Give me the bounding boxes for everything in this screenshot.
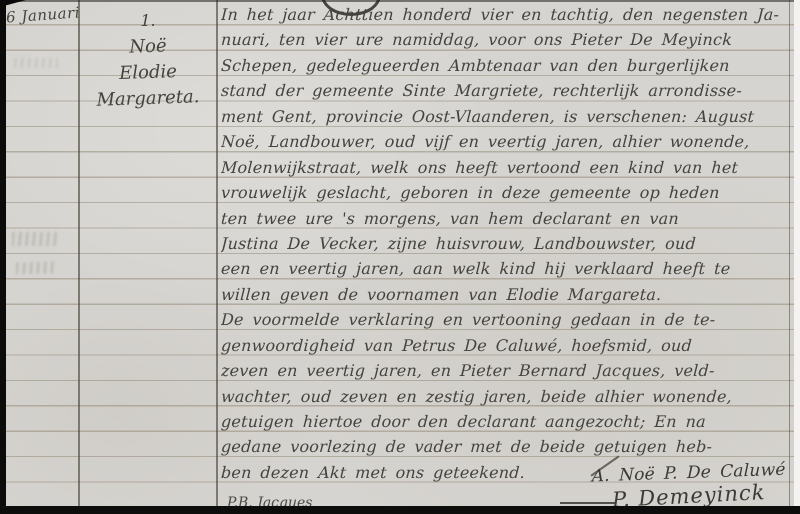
act-line: ment Gent, provincie Oost-Vlaanderen, is… bbox=[221, 104, 789, 129]
act-line: vrouwelijk geslacht, geboren in deze gem… bbox=[221, 180, 789, 205]
act-line: gedane voorlezing de vader met de beide … bbox=[221, 434, 789, 459]
scan-edge-right bbox=[794, 0, 800, 514]
ink-bleedthrough bbox=[14, 58, 58, 68]
act-number: 1. bbox=[80, 8, 216, 34]
scan-edge-bottom bbox=[0, 506, 800, 514]
act-line: getuigen hiertoe door den declarant aang… bbox=[221, 409, 789, 434]
act-body: In het jaar Achttien honderd vier en tac… bbox=[221, 2, 789, 488]
ink-bleedthrough bbox=[16, 261, 56, 274]
act-line-closing: ben dezen Akt met ons geteekend. bbox=[221, 460, 526, 485]
act-line: Schepen, gedelegueerden Ambtenaar van de… bbox=[221, 53, 789, 78]
act-line: Noë, Landbouwer, oud vijf en veertig jar… bbox=[221, 129, 789, 154]
child-middlename: Margareta. bbox=[80, 84, 217, 115]
act-line: genwoordigheid van Petrus De Caluwé, hoe… bbox=[221, 333, 789, 358]
scan-edge-left bbox=[0, 0, 6, 514]
scan-edge-top bbox=[0, 0, 800, 2]
signature-dash bbox=[560, 502, 616, 504]
act-line: Molenwijkstraat, welk ons heeft vertoond… bbox=[221, 155, 789, 180]
act-line: willen geven de voornamen van Elodie Mar… bbox=[221, 282, 789, 307]
act-line: een en veertig jaren, aan welk kind hij … bbox=[221, 256, 789, 281]
act-line: zeven en veertig jaren, en Pieter Bernar… bbox=[221, 358, 789, 383]
column-divider-name bbox=[216, 0, 218, 506]
act-line-last: ben dezen Akt met ons geteekend. A. Noë … bbox=[221, 460, 789, 485]
act-line: Justina De Vecker, zijne huisvrouw, Land… bbox=[221, 231, 789, 256]
page-right-margin-line bbox=[789, 0, 790, 506]
act-line: wachter, oud zeven en zestig jaren, beid… bbox=[221, 384, 789, 409]
name-column: 1. Noë Elodie Margareta. bbox=[80, 8, 216, 112]
act-line: ten twee ure 's morgens, van hem declara… bbox=[221, 206, 789, 231]
act-line: In het jaar Achttien honderd vier en tac… bbox=[221, 2, 789, 27]
ink-bleedthrough bbox=[12, 232, 58, 246]
act-line: stand der gemeente Sinte Margriete, rech… bbox=[221, 78, 789, 103]
act-line: De voormelde verklaring en vertooning ge… bbox=[221, 307, 789, 332]
register-scan-page: 6 Januari 1. Noë Elodie Margareta. In he… bbox=[0, 0, 800, 514]
act-line: nuari, ten vier ure namiddag, voor ons P… bbox=[221, 27, 789, 52]
scan-corner-wedge bbox=[0, 0, 26, 7]
